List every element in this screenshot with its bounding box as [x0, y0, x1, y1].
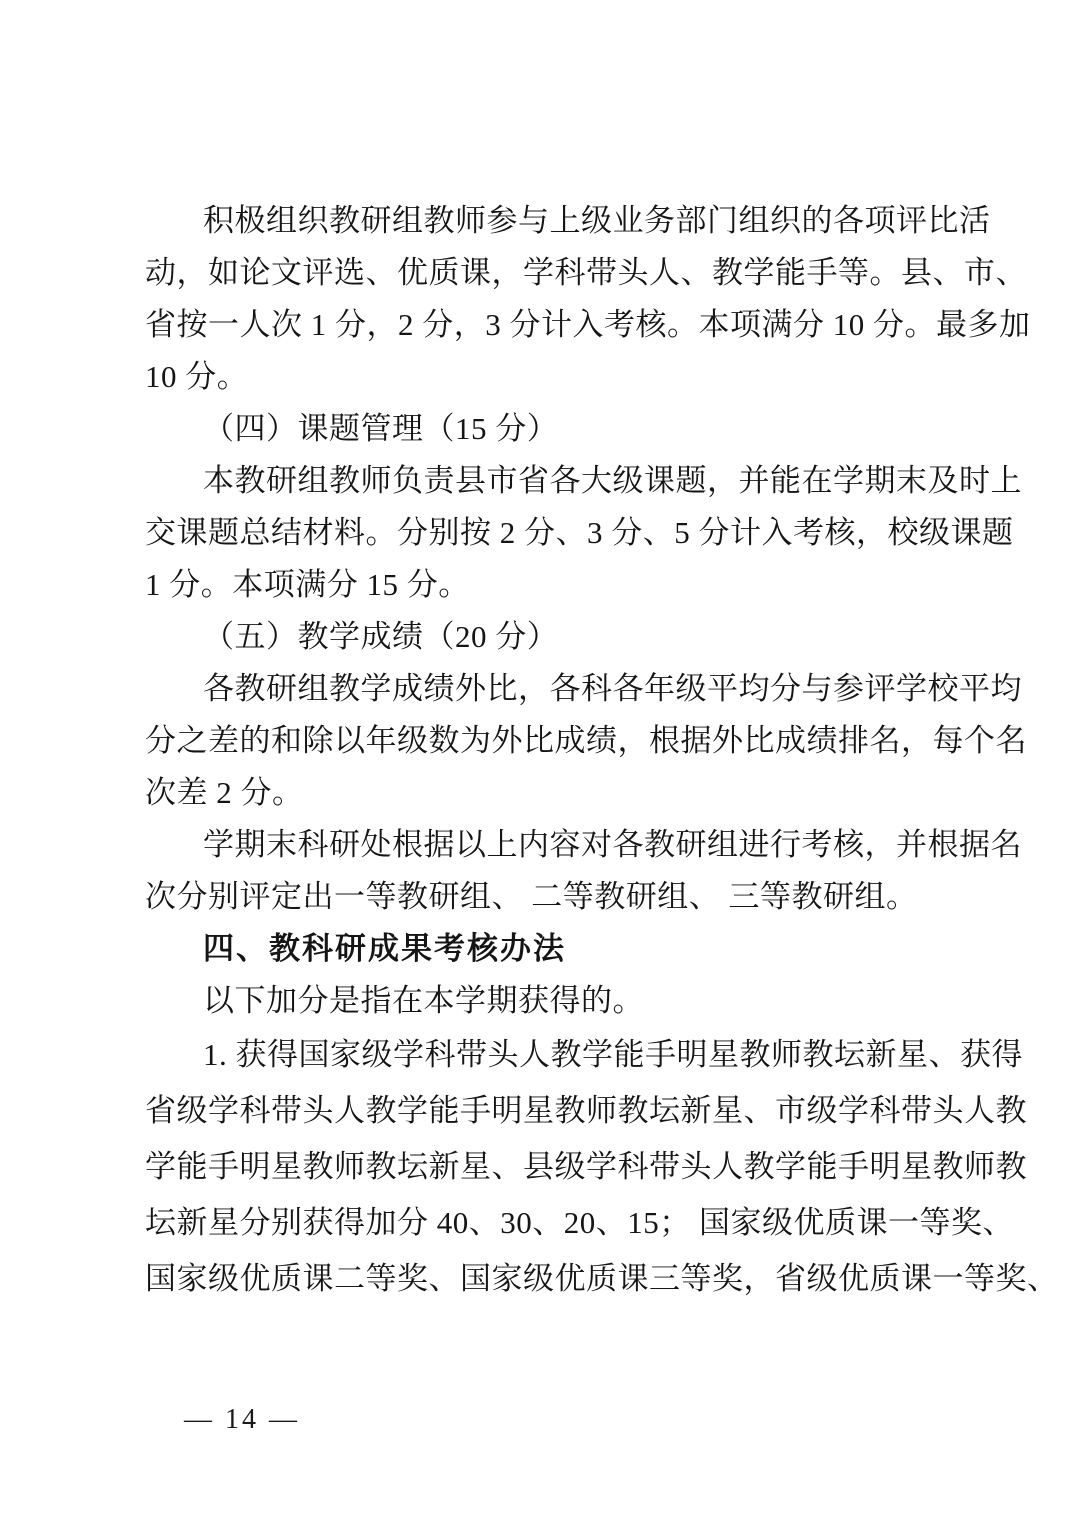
body-text-line: 以下加分是指在本学期获得的。 — [145, 975, 955, 1027]
body-text-line: 省按一人次 1 分，2 分，3 分计入考核。本项满分 10 分。最多加 — [145, 299, 955, 351]
body-text-line: 动，如论文评选、优质课，学科带头人、教学能手等。县、市、 — [145, 247, 955, 299]
body-text-line: 坛新星分别获得加分 40、30、20、15； 国家级优质课一等奖、 — [145, 1195, 955, 1251]
chapter-heading-line: 四、教科研成果考核办法 — [145, 923, 955, 975]
body-text-line: 国家级优质课二等奖、国家级优质课三等奖，省级优质课一等奖、 — [145, 1251, 955, 1307]
paragraph-project-management: 本教研组教师负责县市省各大级课题，并能在学期末及时上 交课题总结材料。分别按 2… — [145, 455, 955, 611]
page-number: — 14 — — [184, 1404, 300, 1436]
body-text-line: 学期末科研处根据以上内容对各教研组进行考核，并根据名 — [145, 819, 955, 871]
paragraph-bonus-note: 以下加分是指在本学期获得的。 — [145, 975, 955, 1027]
body-text-line: 1. 获得国家级学科带头人教学能手明星教师教坛新星、获得 — [145, 1027, 955, 1083]
body-text-line: 省级学科带头人教学能手明星教师教坛新星、市级学科带头人教 — [145, 1083, 955, 1139]
chapter-heading-4: 四、教科研成果考核办法 — [145, 923, 955, 975]
body-text-line: 积极组织教研组教师参与上级业务部门组织的各项评比活 — [145, 195, 955, 247]
body-text-line: 次差 2 分。 — [145, 767, 955, 819]
body-text-line: 本教研组教师负责县市省各大级课题，并能在学期末及时上 — [145, 455, 955, 507]
body-text-line: 交课题总结材料。分别按 2 分、3 分、5 分计入考核，校级课题 — [145, 507, 955, 559]
section-heading-5: （五）教学成绩（20 分） — [145, 611, 955, 663]
body-text-line: 1 分。本项满分 15 分。 — [145, 559, 955, 611]
document-body: 积极组织教研组教师参与上级业务部门组织的各项评比活 动，如论文评选、优质课，学科… — [145, 195, 955, 1307]
body-text-line: 学能手明星教师教坛新星、县级学科带头人教学能手明星教师教 — [145, 1139, 955, 1195]
section-heading-4: （四）课题管理（15 分） — [145, 403, 955, 455]
paragraph-competition-activities: 积极组织教研组教师参与上级业务部门组织的各项评比活 动，如论文评选、优质课，学科… — [145, 195, 955, 403]
document-page: 积极组织教研组教师参与上级业务部门组织的各项评比活 动，如论文评选、优质课，学科… — [0, 0, 1080, 1527]
paragraph-teaching-results: 各教研组教学成绩外比，各科各年级平均分与参评学校平均 分之差的和除以年级数为外比… — [145, 663, 955, 819]
paragraph-term-end-assessment: 学期末科研处根据以上内容对各教研组进行考核，并根据名 次分别评定出一等教研组、 … — [145, 819, 955, 923]
section-heading-line: （五）教学成绩（20 分） — [145, 611, 955, 663]
body-text-line: 各教研组教学成绩外比，各科各年级平均分与参评学校平均 — [145, 663, 955, 715]
body-text-line: 次分别评定出一等教研组、 二等教研组、 三等教研组。 — [145, 871, 955, 923]
section-heading-line: （四）课题管理（15 分） — [145, 403, 955, 455]
paragraph-award-points: 1. 获得国家级学科带头人教学能手明星教师教坛新星、获得 省级学科带头人教学能手… — [145, 1027, 955, 1307]
body-text-line: 10 分。 — [145, 351, 955, 403]
body-text-line: 分之差的和除以年级数为外比成绩，根据外比成绩排名，每个名 — [145, 715, 955, 767]
